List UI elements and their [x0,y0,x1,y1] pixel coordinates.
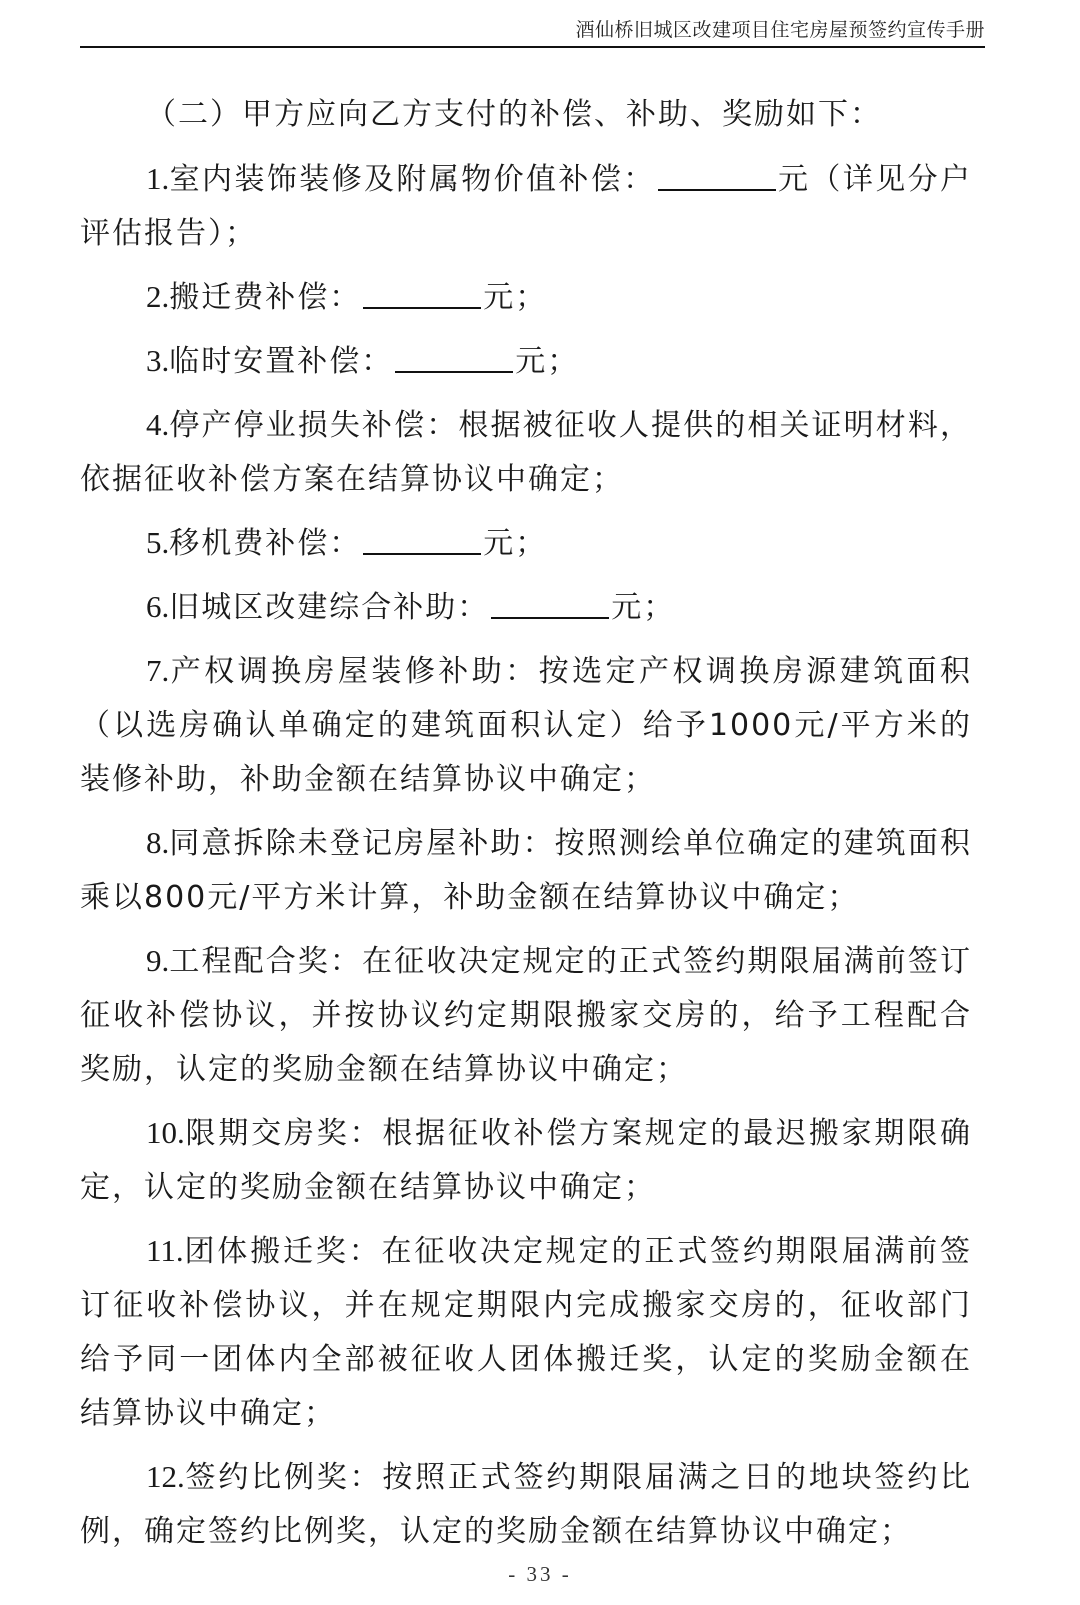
item-suffix: 元； [611,590,675,625]
amount-blank-field[interactable] [491,587,609,619]
item-2-relocation-fee-compensation: 2.搬迁费补偿：元； [80,270,972,325]
item-5-equipment-relocation-compensation: 5.移机费补偿：元； [80,516,972,571]
item-text: 团体搬迁奖：在征收决定规定的正式签约期限届满前签订征收补偿协议，并在规定期限内完… [80,1234,972,1431]
item-8-unregistered-house-subsidy: 8.同意拆除未登记房屋补助：按照测绘单位确定的建筑面积乘以800元/平方米计算，… [80,816,972,925]
amount-blank-field[interactable] [363,523,481,555]
item-label: 搬迁费补偿： [169,280,361,315]
item-number: 6. [146,589,169,624]
item-number: 10. [146,1115,185,1150]
item-label: 室内装饰装修及附属物价值补偿： [169,162,655,197]
document-title: 酒仙桥旧城区改建项目住宅房屋预签约宣传手册 [575,15,985,42]
item-number: 12. [146,1459,185,1494]
section-heading: （二）甲方应向乙方支付的补偿、补助、奖励如下： [80,88,972,142]
amount-blank-field[interactable] [363,277,481,309]
item-1-indoor-decoration-compensation: 1.室内装饰装修及附属物价值补偿：元（详见分户评估报告）； [80,152,972,261]
item-text: 同意拆除未登记房屋补助：按照测绘单位确定的建筑面积乘以800元/平方米计算，补助… [80,826,972,915]
item-7-renovation-subsidy: 7.产权调换房屋装修补助：按选定产权调换房源建筑面积（以选房确认单确定的建筑面积… [80,644,972,807]
item-label: 移机费补偿： [169,526,361,561]
item-number: 9. [146,943,169,978]
item-4-business-loss-compensation: 4.停产停业损失补偿：根据被征收人提供的相关证明材料，依据征收补偿方案在结算协议… [80,398,972,507]
item-9-project-cooperation-award: 9.工程配合奖：在征收决定规定的正式签约期限届满前签订征收补偿协议，并按协议约定… [80,934,972,1097]
item-text: 停产停业损失补偿：根据被征收人提供的相关证明材料，依据征收补偿方案在结算协议中确… [80,408,972,497]
page-body: （二）甲方应向乙方支付的补偿、补助、奖励如下： 1.室内装饰装修及附属物价值补偿… [80,88,972,1568]
item-number: 7. [146,653,169,688]
item-number: 4. [146,407,169,442]
item-number: 11. [146,1233,184,1268]
item-suffix: 元； [515,344,579,379]
page-number: - 33 - [0,1562,1080,1587]
item-12-signing-ratio-award: 12.签约比例奖：按照正式签约期限届满之日的地块签约比例，确定签约比例奖，认定的… [80,1450,972,1559]
amount-blank-field[interactable] [658,159,776,191]
item-text: 产权调换房屋装修补助：按选定产权调换房源建筑面积（以选房确认单确定的建筑面积认定… [80,654,972,797]
item-number: 1. [146,161,169,196]
item-10-timely-handover-award: 10.限期交房奖：根据征收补偿方案规定的最迟搬家期限确定，认定的奖励金额在结算协… [80,1106,972,1215]
running-header: 酒仙桥旧城区改建项目住宅房屋预签约宣传手册 [80,0,985,48]
item-label: 旧城区改建综合补助： [169,590,489,625]
amount-blank-field[interactable] [395,341,513,373]
item-label: 临时安置补偿： [169,344,393,379]
item-number: 2. [146,279,169,314]
item-text: 签约比例奖：按照正式签约期限届满之日的地块签约比例，确定签约比例奖，认定的奖励金… [80,1460,972,1549]
item-number: 8. [146,825,169,860]
item-6-old-district-subsidy: 6.旧城区改建综合补助：元； [80,580,972,635]
item-number: 5. [146,525,169,560]
item-suffix: 元； [483,280,547,315]
item-suffix: 元； [483,526,547,561]
item-3-temporary-housing-compensation: 3.临时安置补偿：元； [80,334,972,389]
item-text: 限期交房奖：根据征收补偿方案规定的最迟搬家期限确定，认定的奖励金额在结算协议中确… [80,1116,972,1205]
item-11-group-relocation-award: 11.团体搬迁奖：在征收决定规定的正式签约期限届满前签订征收补偿协议，并在规定期… [80,1224,972,1441]
item-text: 工程配合奖：在征收决定规定的正式签约期限届满前签订征收补偿协议，并按协议约定期限… [80,944,972,1087]
item-number: 3. [146,343,169,378]
